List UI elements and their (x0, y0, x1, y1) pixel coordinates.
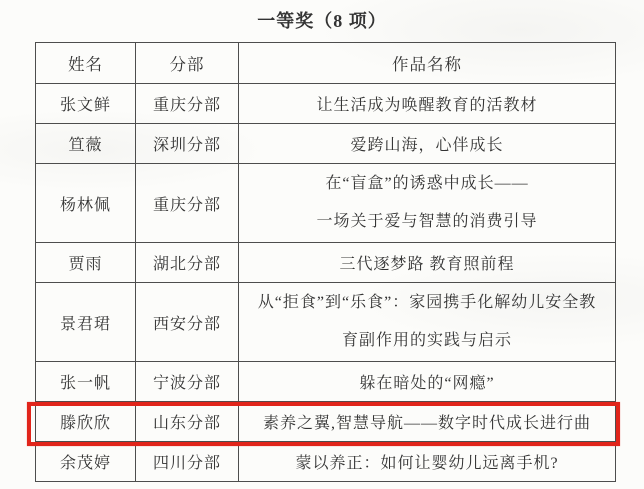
name-cell: 张文鲜 (36, 84, 136, 124)
table-row: 贾雨湖北分部三代逐梦路 教育照前程 (36, 243, 616, 283)
awards-table: 姓名 分部 作品名称 张文鲜重庆分部让生活成为唤醒教育的活教材笪薇深圳分部爱跨山… (35, 42, 616, 482)
branch-cell: 山东分部 (136, 402, 239, 442)
work-line: 从“拒食”到“乐食”：家园携手化解幼儿安全教 (243, 284, 611, 322)
table-row: 笪薇深圳分部爱跨山海，心伴成长 (36, 124, 616, 164)
branch-cell: 深圳分部 (136, 124, 239, 164)
name-cell: 杨林佩 (36, 164, 136, 243)
header-work: 作品名称 (239, 43, 616, 84)
work-cell: 素养之翼,智慧导航——数字时代成长进行曲 (239, 402, 616, 442)
table-row: 余茂婷四川分部蒙以养正：如何让婴幼儿远离手机? (36, 442, 616, 482)
branch-cell: 湖北分部 (136, 243, 239, 283)
work-line: 在“盲盒”的诱惑中成长—— (243, 165, 611, 203)
branch-cell: 宁波分部 (136, 362, 239, 402)
name-cell: 余茂婷 (36, 442, 136, 482)
table-body: 张文鲜重庆分部让生活成为唤醒教育的活教材笪薇深圳分部爱跨山海，心伴成长杨林佩重庆… (36, 84, 616, 482)
branch-cell: 重庆分部 (136, 164, 239, 243)
branch-cell: 四川分部 (136, 442, 239, 482)
table-header-row: 姓名 分部 作品名称 (36, 43, 616, 84)
name-cell: 滕欣欣 (36, 402, 136, 442)
work-cell: 三代逐梦路 教育照前程 (239, 243, 616, 283)
work-cell: 从“拒食”到“乐食”：家园携手化解幼儿安全教育副作用的实践与启示 (239, 283, 616, 362)
name-cell: 笪薇 (36, 124, 136, 164)
table-row: 张文鲜重庆分部让生活成为唤醒教育的活教材 (36, 84, 616, 124)
table-row: 景君珺西安分部从“拒食”到“乐食”：家园携手化解幼儿安全教育副作用的实践与启示 (36, 283, 616, 362)
header-name: 姓名 (36, 43, 136, 84)
work-cell: 让生活成为唤醒教育的活教材 (239, 84, 616, 124)
work-cell: 蒙以养正：如何让婴幼儿远离手机? (239, 442, 616, 482)
work-cell: 在“盲盒”的诱惑中成长——一场关于爱与智慧的消费引导 (239, 164, 616, 243)
work-line: 育副作用的实践与启示 (243, 322, 611, 360)
table-row: 张一帆宁波分部躲在暗处的“网瘾” (36, 362, 616, 402)
branch-cell: 重庆分部 (136, 84, 239, 124)
table-row: 杨林佩重庆分部在“盲盒”的诱惑中成长——一场关于爱与智慧的消费引导 (36, 164, 616, 243)
page-title: 一等奖（8 项） (0, 7, 644, 33)
name-cell: 景君珺 (36, 283, 136, 362)
table-row: 滕欣欣山东分部素养之翼,智慧导航——数字时代成长进行曲 (36, 402, 616, 442)
work-cell: 躲在暗处的“网瘾” (239, 362, 616, 402)
work-cell: 爱跨山海，心伴成长 (239, 124, 616, 164)
work-line: 一场关于爱与智慧的消费引导 (243, 203, 611, 241)
header-branch: 分部 (136, 43, 239, 84)
name-cell: 贾雨 (36, 243, 136, 283)
name-cell: 张一帆 (36, 362, 136, 402)
branch-cell: 西安分部 (136, 283, 239, 362)
